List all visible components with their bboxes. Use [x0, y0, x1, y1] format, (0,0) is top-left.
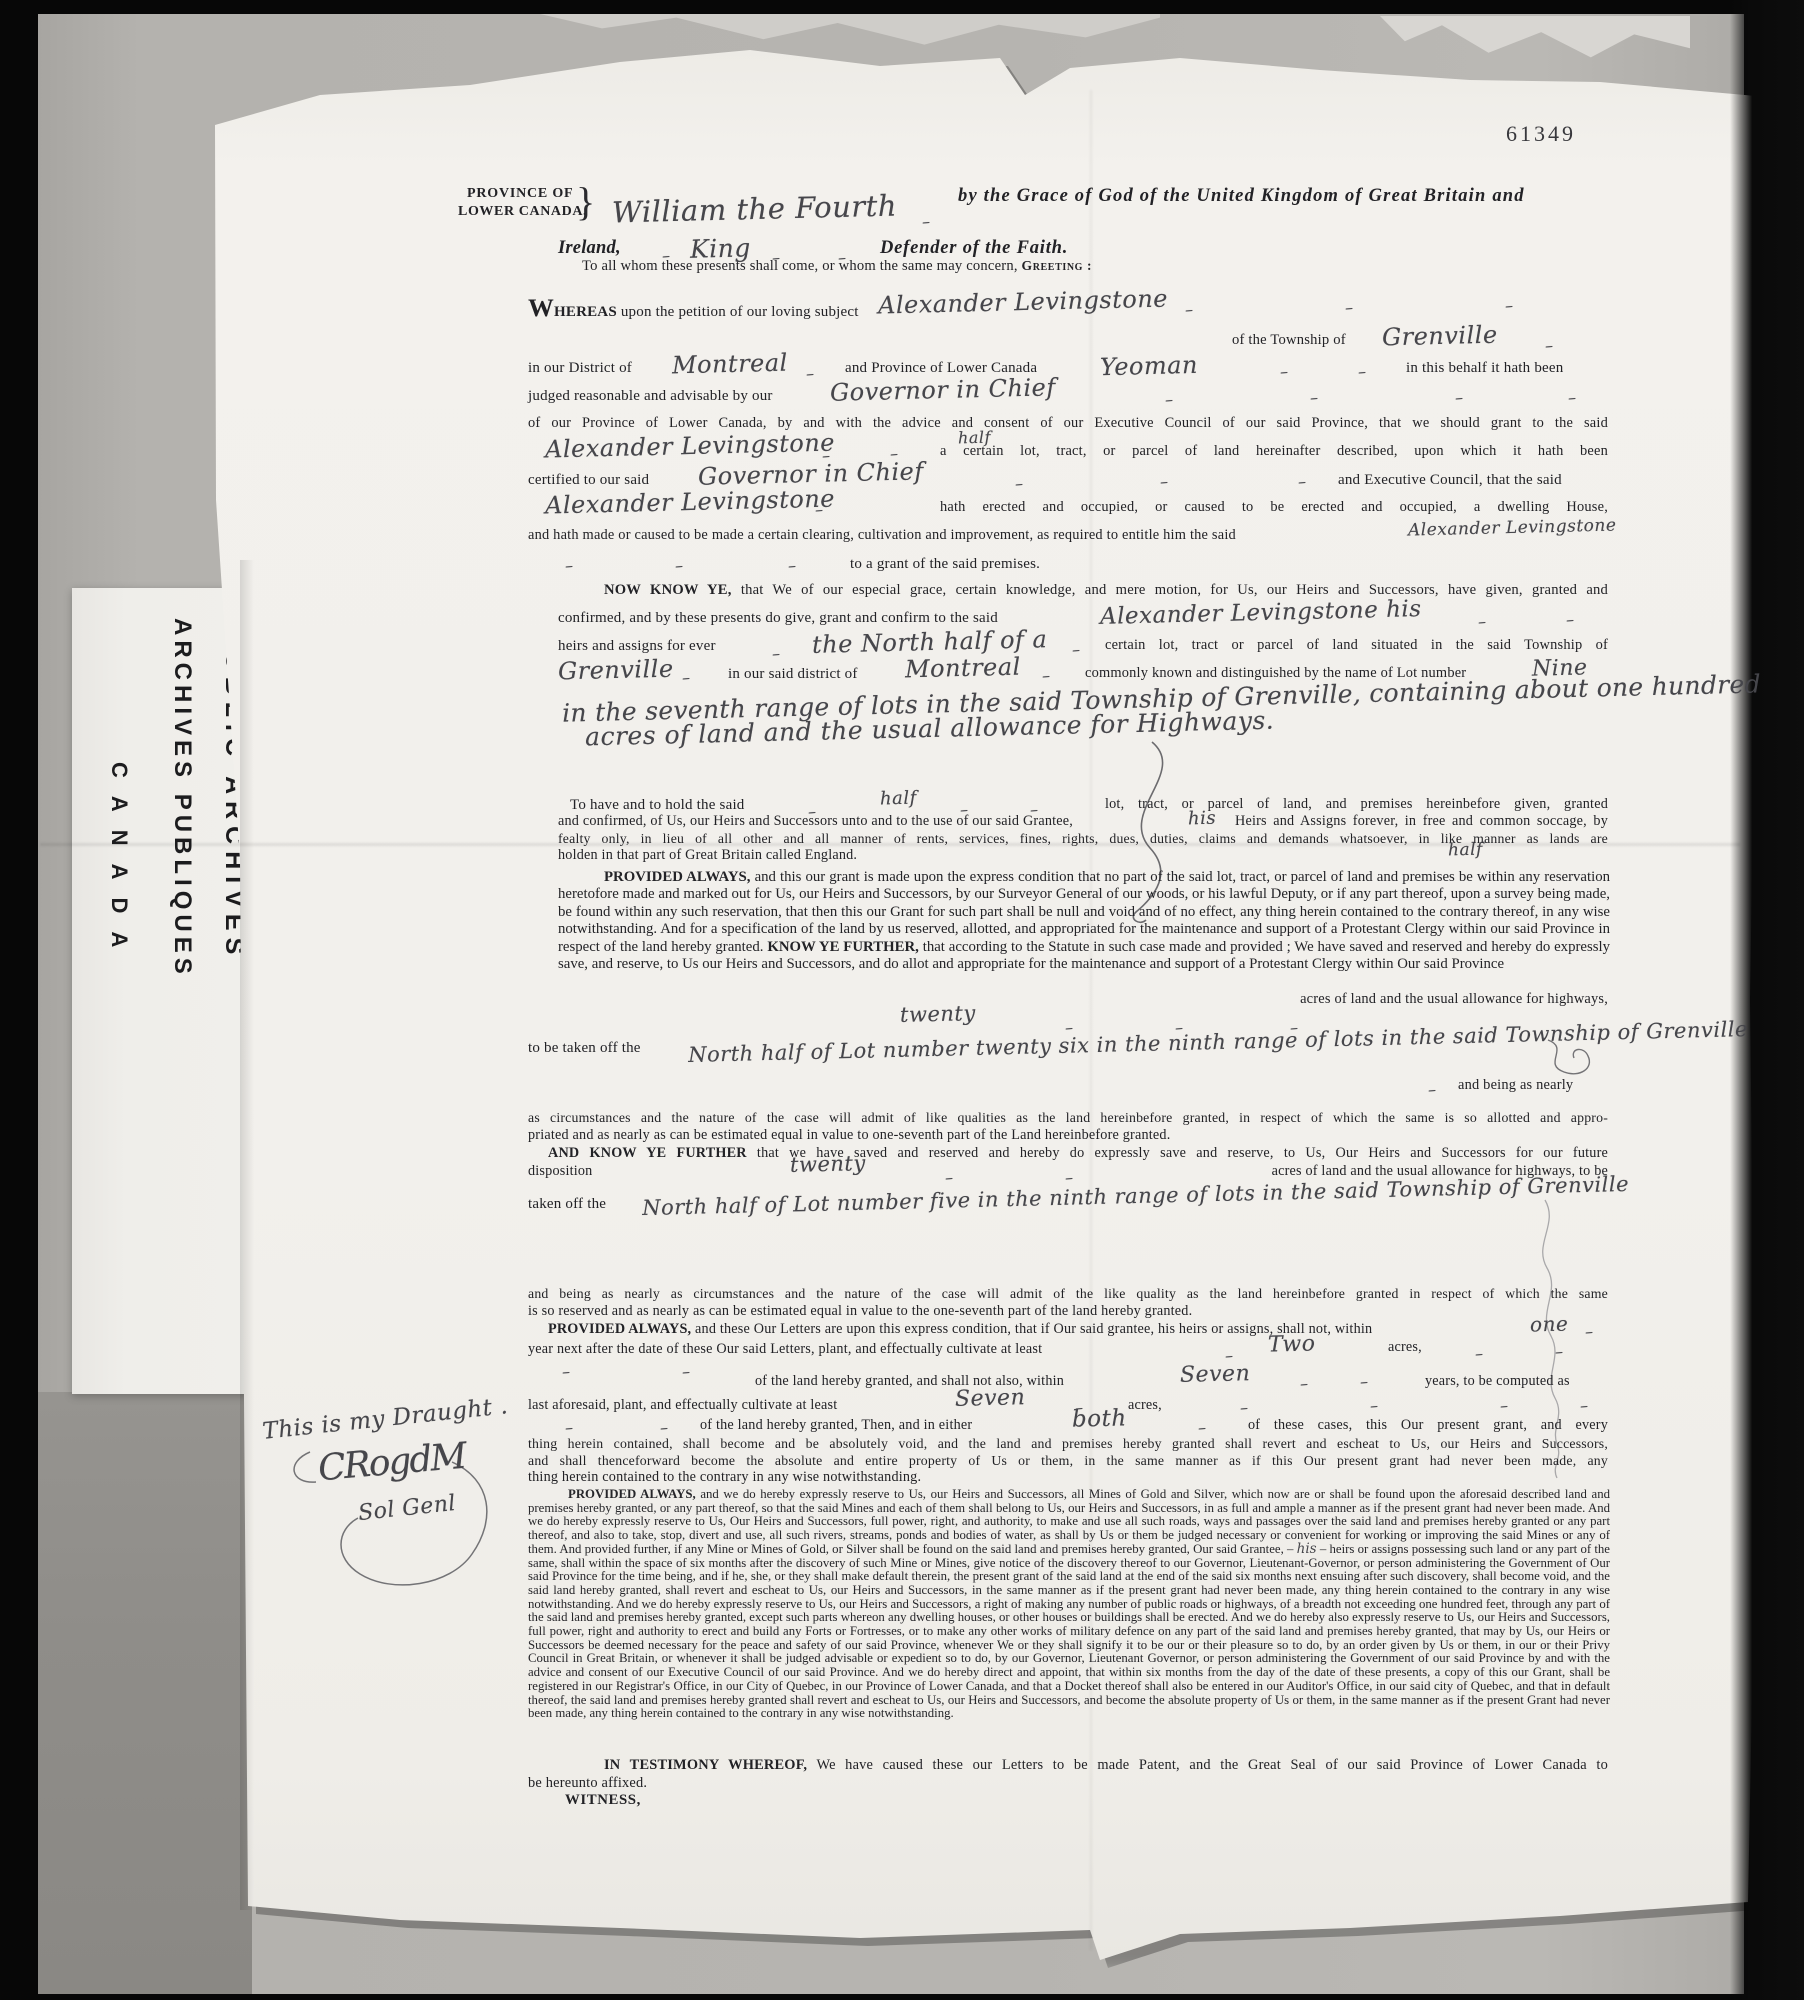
microfilm-scan: PUBLIC ARCHIVES ARCHIVES PUBLIQUES CANAD…	[0, 0, 1804, 2000]
signature-loop	[0, 0, 1804, 2000]
